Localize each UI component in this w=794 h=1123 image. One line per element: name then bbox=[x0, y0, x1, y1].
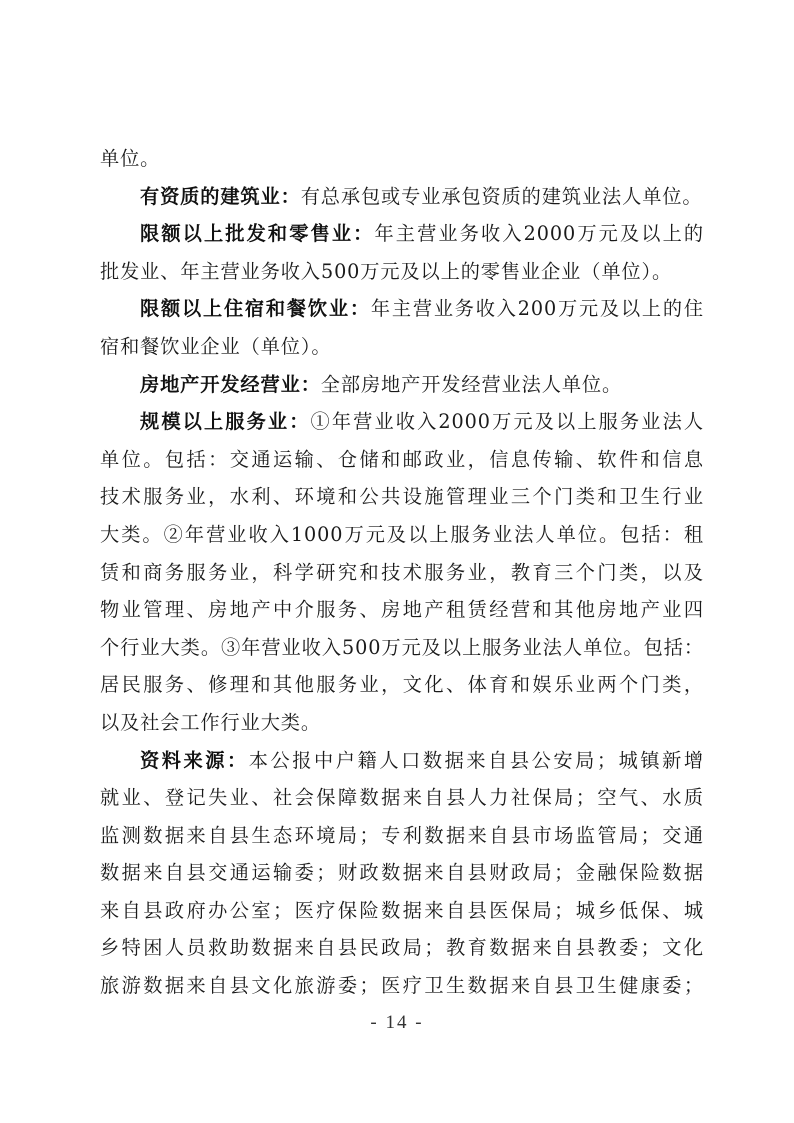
defined-term: 有资质的建筑业： bbox=[140, 185, 301, 208]
line-text: 乡特困人员救助数据来自县民政局；教育数据来自县教委；文化 bbox=[100, 936, 704, 959]
text-line: 物业管理、房地产中介服务、房地产租赁经营和其他房地产业四 bbox=[100, 591, 704, 629]
text-line: 数据来自县交通运输委；财政数据来自县财政局；金融保险数据 bbox=[100, 854, 704, 892]
line-text: 宿和餐饮业企业（单位）。 bbox=[100, 335, 331, 358]
line-text: 以及社会工作行业大类。 bbox=[100, 711, 321, 734]
text-line: 旅游数据来自县文化旅游委；医疗卫生数据来自县卫生健康委； bbox=[100, 967, 704, 1005]
text-line: 技术服务业，水利、环境和公共设施管理业三个门类和卫生行业 bbox=[100, 478, 704, 516]
line-text: 全部房地产开发经营业法人单位。 bbox=[321, 373, 622, 396]
line-text: 年主营业务收入2000万元及以上的 bbox=[374, 222, 704, 245]
text-line: 大类。②年营业收入1000万元及以上服务业法人单位。包括：租 bbox=[100, 516, 704, 554]
text-line: 规模以上服务业：①年营业收入2000万元及以上服务业法人 bbox=[100, 403, 704, 441]
line-text: 大类。②年营业收入1000万元及以上服务业法人单位。包括：租 bbox=[100, 523, 704, 546]
text-line: 赁和商务服务业，科学研究和技术服务业，教育三个门类，以及 bbox=[100, 554, 704, 592]
text-line: 限额以上批发和零售业：年主营业务收入2000万元及以上的 bbox=[100, 215, 704, 253]
text-line: 资料来源：本公报中户籍人口数据来自县公安局；城镇新增 bbox=[100, 742, 704, 780]
document-body: 单位。有资质的建筑业：有总承包或专业承包资质的建筑业法人单位。限额以上批发和零售… bbox=[100, 140, 704, 1005]
line-text: 年主营业务收入200万元及以上的住 bbox=[371, 297, 704, 320]
defined-term: 房地产开发经营业： bbox=[140, 373, 321, 396]
text-line: 来自县政府办公室；医疗保险数据来自县医保局；城乡低保、城 bbox=[100, 892, 704, 930]
line-text: 监测数据来自县生态环境局；专利数据来自县市场监管局；交通 bbox=[100, 824, 704, 847]
line-text: 单位。 bbox=[100, 147, 160, 170]
text-line: 以及社会工作行业大类。 bbox=[100, 704, 704, 742]
text-line: 房地产开发经营业：全部房地产开发经营业法人单位。 bbox=[100, 366, 704, 404]
text-line: 乡特困人员救助数据来自县民政局；教育数据来自县教委；文化 bbox=[100, 929, 704, 967]
line-text: 批发业、年主营业务收入500万元及以上的零售业企业（单位）。 bbox=[100, 260, 672, 283]
line-text: 居民服务、修理和其他服务业，文化、体育和娱乐业两个门类， bbox=[100, 673, 704, 696]
text-line: 监测数据来自县生态环境局；专利数据来自县市场监管局；交通 bbox=[100, 817, 704, 855]
text-line: 单位。包括：交通运输、仓储和邮政业，信息传输、软件和信息 bbox=[100, 441, 704, 479]
line-text: 就业、登记失业、社会保障数据来自县人力社保局；空气、水质 bbox=[100, 786, 704, 809]
text-line: 居民服务、修理和其他服务业，文化、体育和娱乐业两个门类， bbox=[100, 666, 704, 704]
line-text: ①年营业收入2000万元及以上服务业法人 bbox=[311, 410, 704, 433]
text-line: 单位。 bbox=[100, 140, 704, 178]
line-text: 数据来自县交通运输委；财政数据来自县财政局；金融保险数据 bbox=[100, 861, 704, 884]
line-text: 旅游数据来自县文化旅游委；医疗卫生数据来自县卫生健康委； bbox=[100, 974, 704, 997]
defined-term: 限额以上住宿和餐饮业： bbox=[140, 297, 371, 320]
text-line: 批发业、年主营业务收入500万元及以上的零售业企业（单位）。 bbox=[100, 253, 704, 291]
line-text: 个行业大类。③年营业收入500万元及以上服务业法人单位。包括： bbox=[100, 636, 704, 659]
defined-term: 规模以上服务业： bbox=[140, 410, 311, 433]
line-text: 来自县政府办公室；医疗保险数据来自县医保局；城乡低保、城 bbox=[100, 899, 704, 922]
text-line: 个行业大类。③年营业收入500万元及以上服务业法人单位。包括： bbox=[100, 629, 704, 667]
line-text: 技术服务业，水利、环境和公共设施管理业三个门类和卫生行业 bbox=[100, 485, 704, 508]
page-number: - 14 - bbox=[0, 1012, 794, 1034]
text-line: 限额以上住宿和餐饮业：年主营业务收入200万元及以上的住 bbox=[100, 290, 704, 328]
text-line: 有资质的建筑业：有总承包或专业承包资质的建筑业法人单位。 bbox=[100, 178, 704, 216]
defined-term: 限额以上批发和零售业： bbox=[140, 222, 374, 245]
line-text: 本公报中户籍人口数据来自县公安局；城镇新增 bbox=[249, 749, 704, 772]
line-text: 有总承包或专业承包资质的建筑业法人单位。 bbox=[301, 185, 703, 208]
text-line: 就业、登记失业、社会保障数据来自县人力社保局；空气、水质 bbox=[100, 779, 704, 817]
line-text: 单位。包括：交通运输、仓储和邮政业，信息传输、软件和信息 bbox=[100, 448, 704, 471]
line-text: 赁和商务服务业，科学研究和技术服务业，教育三个门类，以及 bbox=[100, 561, 704, 584]
defined-term: 资料来源： bbox=[140, 749, 249, 772]
line-text: 物业管理、房地产中介服务、房地产租赁经营和其他房地产业四 bbox=[100, 598, 704, 621]
text-line: 宿和餐饮业企业（单位）。 bbox=[100, 328, 704, 366]
